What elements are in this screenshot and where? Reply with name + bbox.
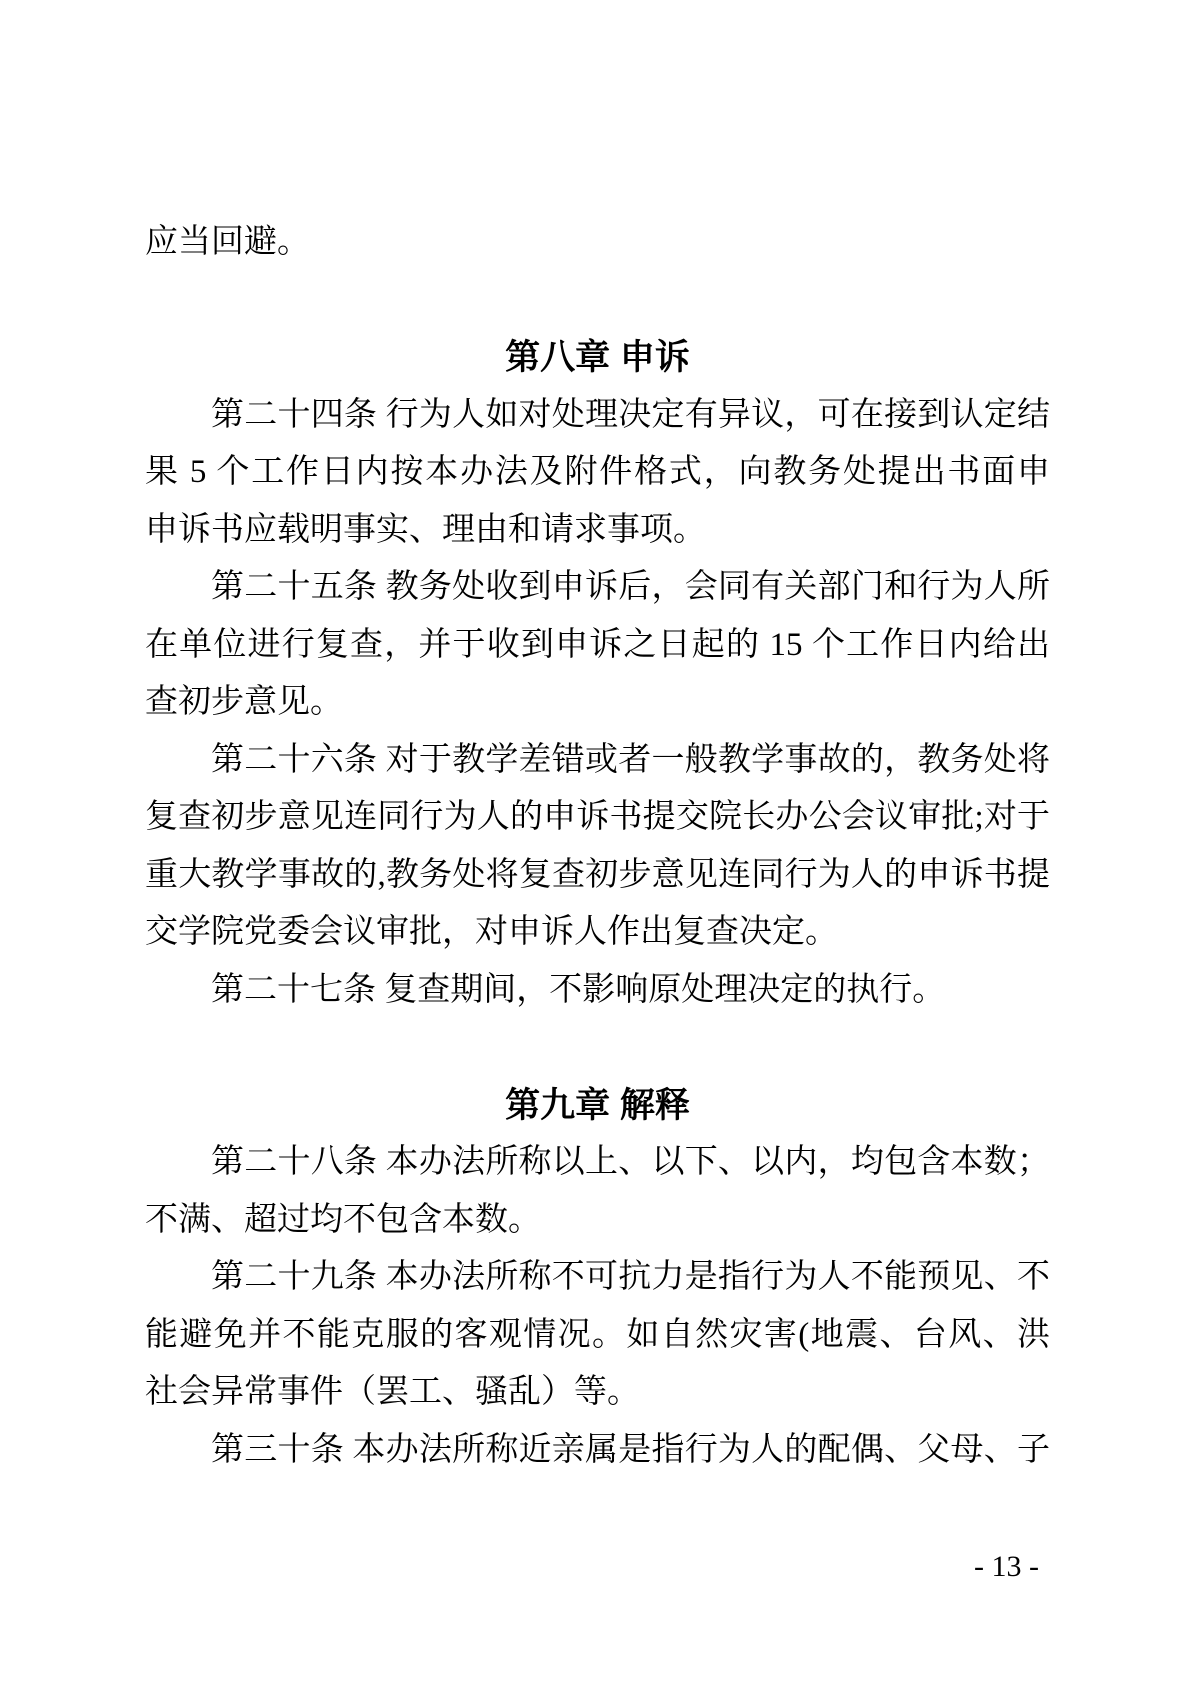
text-line: 能避免并不能克服的客观情况。如自然灾害(地震、台风、洪水)、	[145, 1307, 1050, 1365]
text-line: 第二十九条 本办法所称不可抗力是指行为人不能预见、不	[145, 1249, 1050, 1307]
text-line: 第三十条 本办法所称近亲属是指行为人的配偶、父母、子	[145, 1422, 1050, 1480]
document-page: 应当回避。第八章 申诉第二十四条 行为人如对处理决定有异议，可在接到认定结果 5…	[0, 0, 1191, 1684]
text-line: 申诉书应载明事实、理由和请求事项。	[145, 502, 1050, 560]
text-line: 应当回避。	[145, 214, 1050, 272]
chapter-heading: 第八章 申诉	[145, 329, 1050, 387]
page-number: - 13 -	[974, 1548, 1039, 1586]
text-line: 第二十八条 本办法所称以上、以下、以内，均包含本数；	[145, 1134, 1050, 1192]
text-line: 第二十六条 对于教学差错或者一般教学事故的，教务处将	[145, 732, 1050, 790]
text-line: 第二十四条 行为人如对处理决定有异议，可在接到认定结	[145, 387, 1050, 445]
text-line: 重大教学事故的,教务处将复查初步意见连同行为人的申诉书提	[145, 847, 1050, 905]
text-line: 复查初步意见连同行为人的申诉书提交院长办公会议审批;对于	[145, 789, 1050, 847]
line-spacer	[145, 272, 1050, 330]
text-line: 第二十七条 复查期间，不影响原处理决定的执行。	[145, 962, 1050, 1020]
chapter-heading: 第九章 解释	[145, 1077, 1050, 1135]
line-spacer	[145, 1019, 1050, 1077]
text-line: 社会异常事件（罢工、骚乱）等。	[145, 1364, 1050, 1422]
text-line: 查初步意见。	[145, 674, 1050, 732]
text-line: 不满、超过均不包含本数。	[145, 1192, 1050, 1250]
text-line: 交学院党委会议审批，对申诉人作出复查决定。	[145, 904, 1050, 962]
text-line: 在单位进行复查，并于收到申诉之日起的 15 个工作日内给出复	[145, 617, 1050, 675]
document-body: 应当回避。第八章 申诉第二十四条 行为人如对处理决定有异议，可在接到认定结果 5…	[145, 214, 1050, 1479]
text-line: 果 5 个工作日内按本办法及附件格式，向教务处提出书面申诉，	[145, 444, 1050, 502]
text-line: 第二十五条 教务处收到申诉后，会同有关部门和行为人所	[145, 559, 1050, 617]
